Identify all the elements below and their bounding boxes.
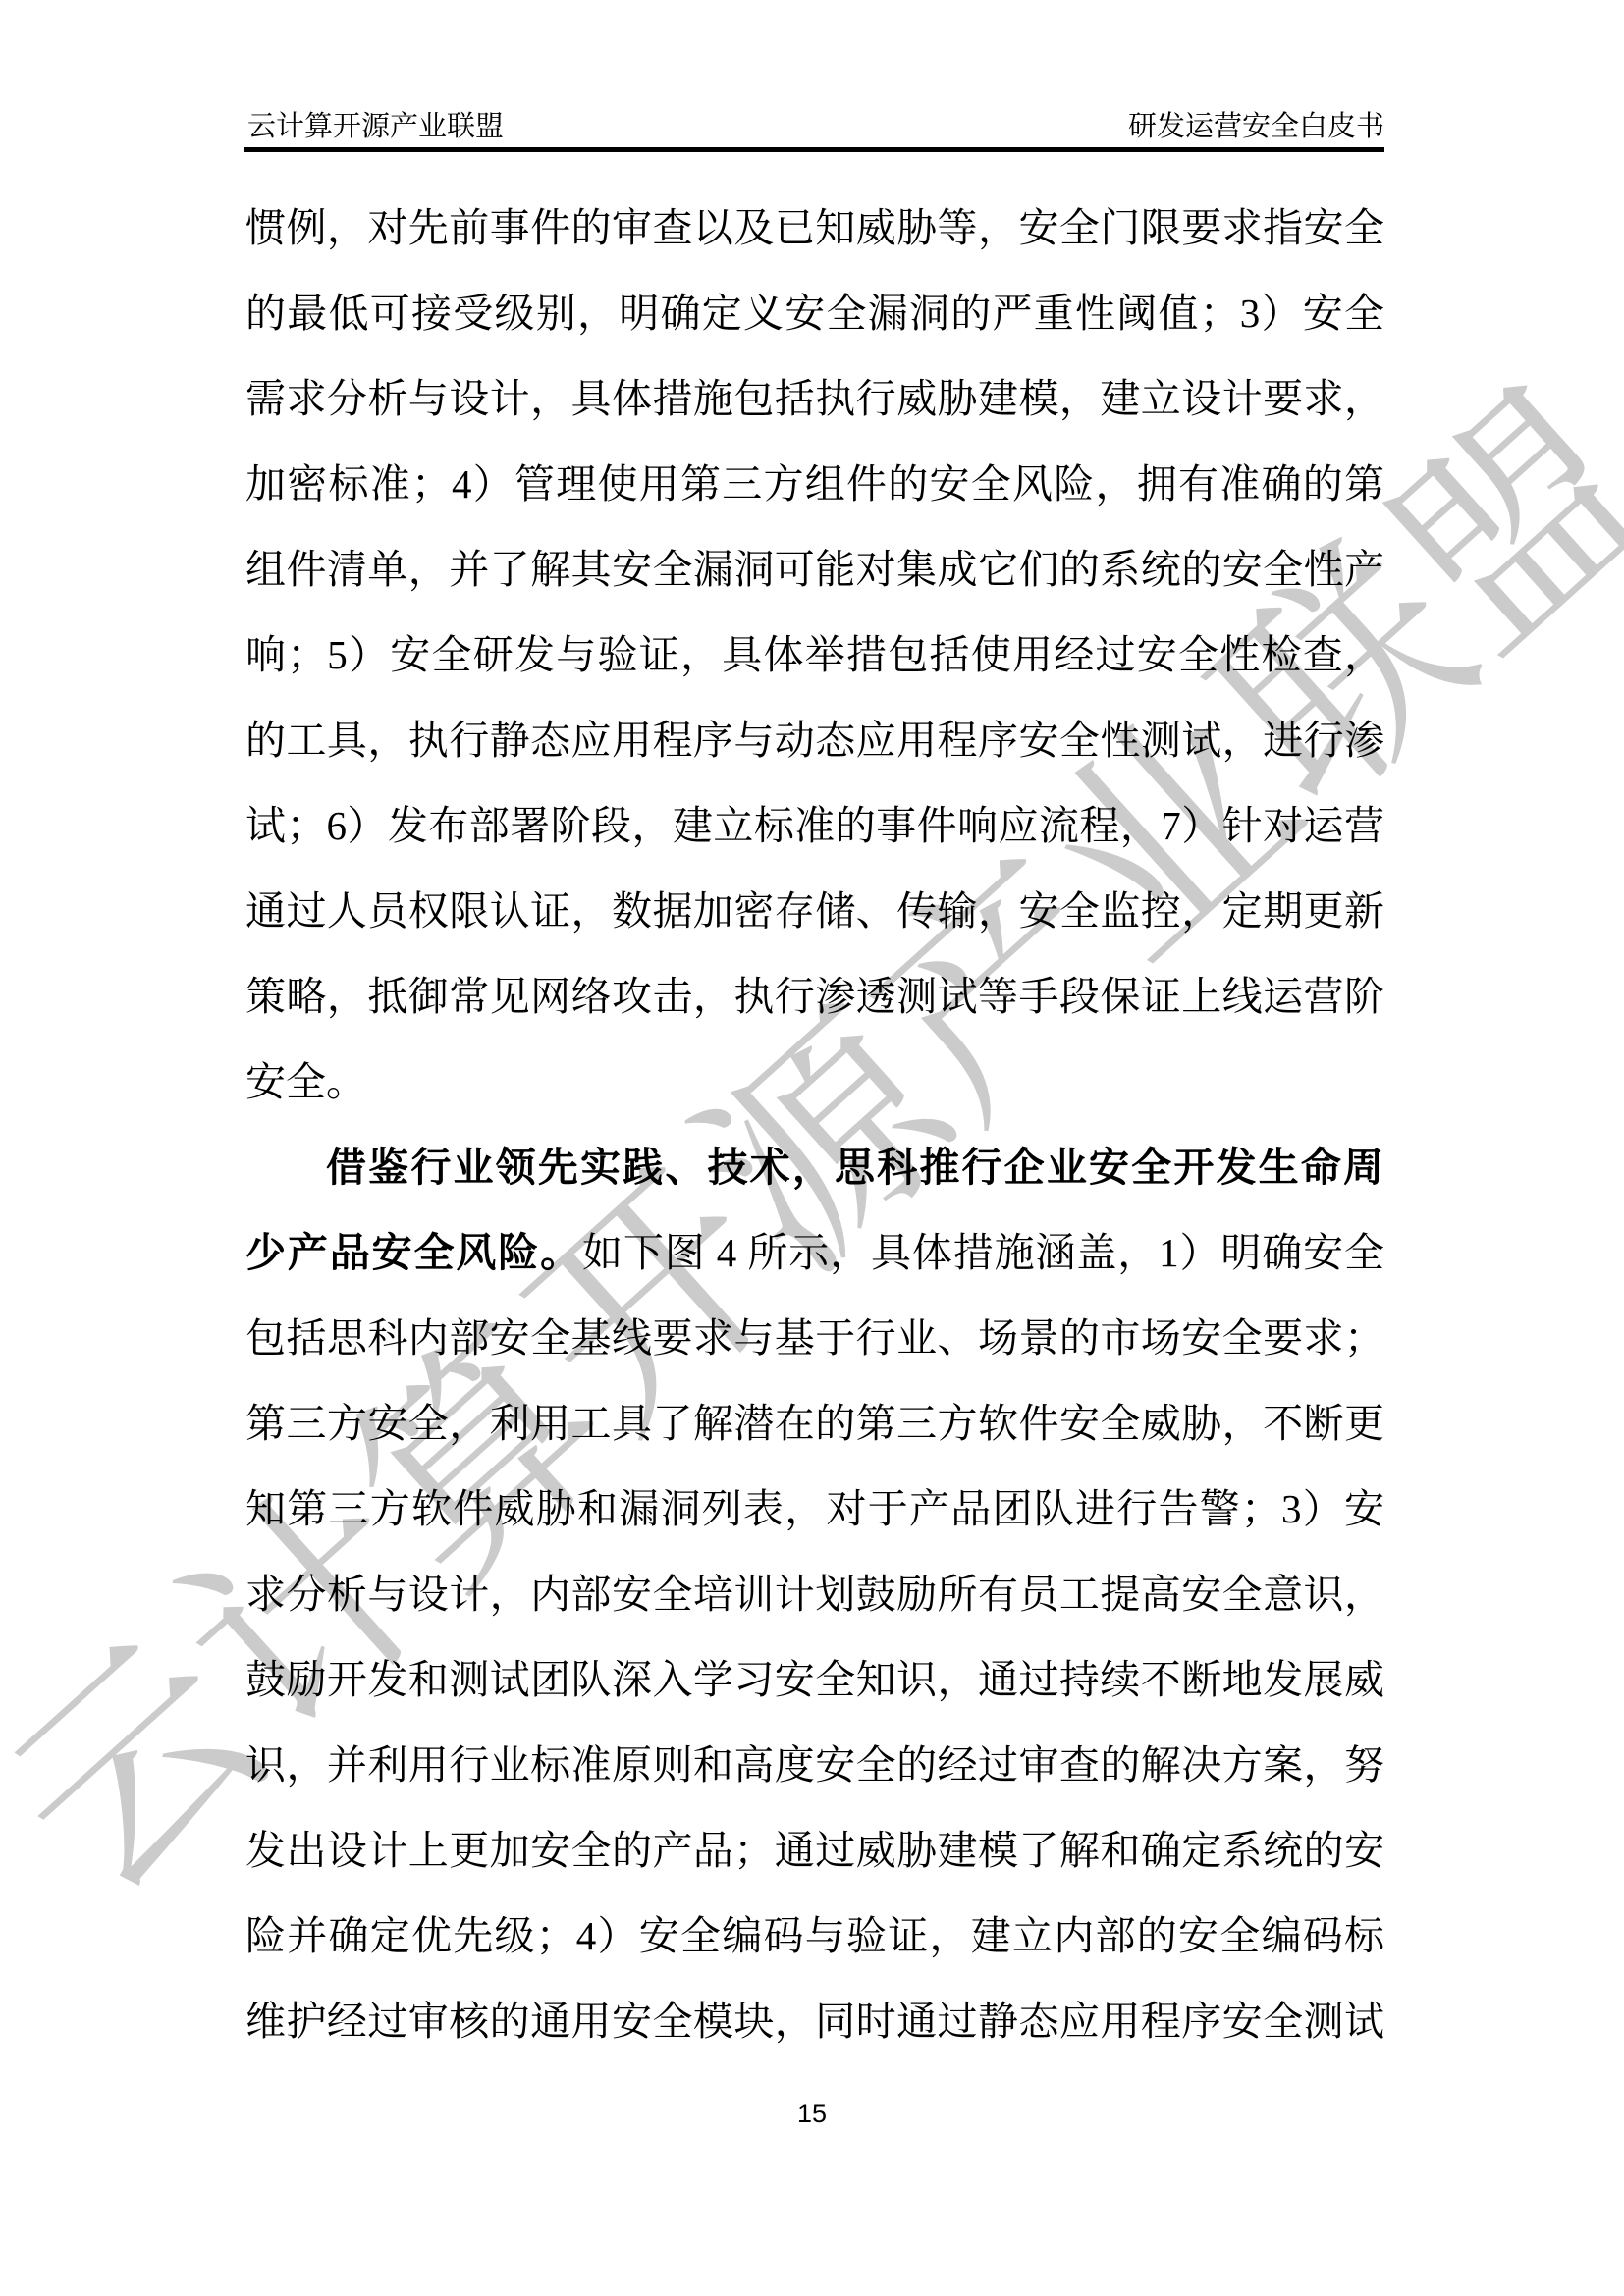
- header-right-title: 研发运营安全白皮书: [1128, 110, 1384, 143]
- text-line: 加密标准；4）管理使用第三方组件的安全风险，拥有准确的第三方: [245, 442, 1384, 527]
- body-text: 惯例，对先前事件的审查以及已知威胁等，安全门限要求指安全质量的最低可接受级别，明…: [245, 186, 1384, 2064]
- text-line: 惯例，对先前事件的审查以及已知威胁等，安全门限要求指安全质量: [245, 186, 1384, 271]
- text-line: 通过人员权限认证，数据加密存储、传输，安全监控，定期更新安全: [245, 869, 1384, 954]
- page-footer: 15: [0, 2099, 1624, 2129]
- text-segment: 第三方安全，利用工具了解潜在的第三方软件安全威胁，不断更新已: [245, 1401, 1384, 1467]
- page-number: 15: [797, 2099, 827, 2128]
- text-segment: 试；6）发布部署阶段，建立标准的事件响应流程，7）针对运营安全，: [245, 803, 1384, 869]
- text-line: 维护经过审核的通用安全模块，同时通过静态应用程序安全测试与漏: [245, 1979, 1384, 2064]
- text-segment: 响；5）安全研发与验证，具体举措包括使用经过安全性检查，认可: [245, 632, 1384, 698]
- text-segment: 维护经过审核的通用安全模块，同时通过静态应用程序安全测试与漏: [245, 1999, 1384, 2064]
- text-line: 险并确定优先级；4）安全编码与验证，建立内部的安全编码标准，: [245, 1894, 1384, 1979]
- bold-text-segment: 少产品安全风险。: [245, 1230, 582, 1275]
- text-line: 需求分析与设计，具体措施包括执行威胁建模，建立设计要求，明确: [245, 356, 1384, 442]
- text-line: 鼓励开发和测试团队深入学习安全知识，通过持续不断地发展威胁意: [245, 1637, 1384, 1723]
- text-line: 识，并利用行业标准原则和高度安全的经过审查的解决方案，努力开: [245, 1723, 1384, 1808]
- text-segment: 的工具，执行静态应用程序与动态应用程序安全性测试，进行渗透测: [245, 718, 1384, 783]
- header-left-title: 云计算开源产业联盟: [247, 110, 504, 143]
- document-page: 云计算开源产业联盟 云计算开源产业联盟 研发运营安全白皮书 惯例，对先前事件的审…: [0, 0, 1624, 2296]
- bold-text-segment: 借鉴行业领先实践、技术，思科推行企业安全开发生命周期，减: [245, 1145, 1384, 1210]
- text-segment: 包括思科内部安全基线要求与基于行业、场景的市场安全要求；2）: [245, 1315, 1384, 1381]
- text-segment: 知第三方软件威胁和漏洞列表，对于产品团队进行告警；3）安全需: [245, 1486, 1384, 1552]
- text-segment: 求分析与设计，内部安全培训计划鼓励所有员工提高安全意识，同时: [245, 1572, 1384, 1637]
- text-line: 发出设计上更加安全的产品；通过威胁建模了解和确定系统的安全风: [245, 1808, 1384, 1894]
- text-line: 安全。: [245, 1040, 1384, 1125]
- text-line: 包括思科内部安全基线要求与基于行业、场景的市场安全要求；2）: [245, 1296, 1384, 1381]
- text-line: 的工具，执行静态应用程序与动态应用程序安全性测试，进行渗透测: [245, 698, 1384, 783]
- text-line: 试；6）发布部署阶段，建立标准的事件响应流程，7）针对运营安全，: [245, 783, 1384, 869]
- text-line: 组件清单，并了解其安全漏洞可能对集成它们的系统的安全性产生影: [245, 527, 1384, 613]
- text-line: 知第三方软件威胁和漏洞列表，对于产品团队进行告警；3）安全需: [245, 1467, 1384, 1552]
- text-segment: 鼓励开发和测试团队深入学习安全知识，通过持续不断地发展威胁意: [245, 1657, 1384, 1723]
- text-segment: 惯例，对先前事件的审查以及已知威胁等，安全门限要求指安全质量: [245, 205, 1384, 271]
- text-line: 第三方安全，利用工具了解潜在的第三方软件安全威胁，不断更新已: [245, 1381, 1384, 1467]
- text-line: 响；5）安全研发与验证，具体举措包括使用经过安全性检查，认可: [245, 613, 1384, 698]
- text-segment: 组件清单，并了解其安全漏洞可能对集成它们的系统的安全性产生影: [245, 547, 1384, 613]
- text-segment: 险并确定优先级；4）安全编码与验证，建立内部的安全编码标准，: [245, 1913, 1384, 1979]
- text-segment: 安全。: [245, 1059, 366, 1104]
- text-line: 借鉴行业领先实践、技术，思科推行企业安全开发生命周期，减: [245, 1125, 1384, 1210]
- text-line: 的最低可接受级别，明确定义安全漏洞的严重性阈值；3）安全隐私: [245, 271, 1384, 356]
- text-line: 求分析与设计，内部安全培训计划鼓励所有员工提高安全意识，同时: [245, 1552, 1384, 1637]
- text-segment: 的最低可接受级别，明确定义安全漏洞的严重性阈值；3）安全隐私: [245, 291, 1384, 356]
- text-line: 少产品安全风险。如下图 4 所示，具体措施涵盖，1）明确安全要求，: [245, 1210, 1384, 1296]
- text-segment: 发出设计上更加安全的产品；通过威胁建模了解和确定系统的安全风: [245, 1828, 1384, 1894]
- text-segment: 识，并利用行业标准原则和高度安全的经过审查的解决方案，努力开: [245, 1742, 1384, 1808]
- text-segment: 策略，抵御常见网络攻击，执行渗透测试等手段保证上线运营阶段的: [245, 974, 1384, 1040]
- text-segment: 需求分析与设计，具体措施包括执行威胁建模，建立设计要求，明确: [245, 376, 1384, 442]
- text-segment: 加密标准；4）管理使用第三方组件的安全风险，拥有准确的第三方: [245, 461, 1384, 527]
- text-line: 策略，抵御常见网络攻击，执行渗透测试等手段保证上线运营阶段的: [245, 954, 1384, 1040]
- header-rule: [244, 147, 1384, 152]
- text-segment: 通过人员权限认证，数据加密存储、传输，安全监控，定期更新安全: [245, 888, 1384, 954]
